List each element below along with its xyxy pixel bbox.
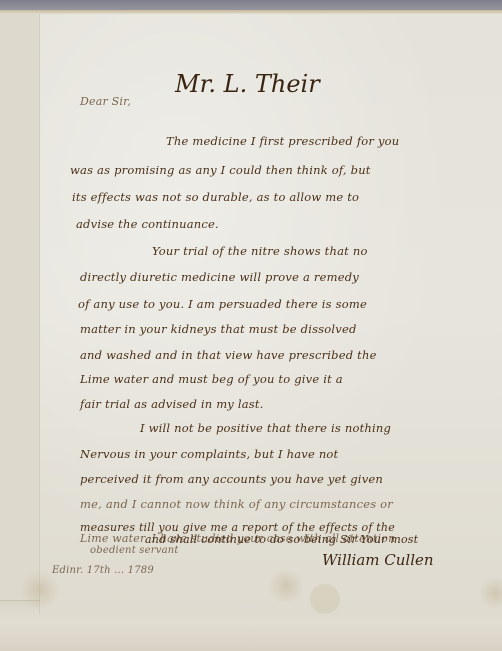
letter-line: perceived it from any accounts you have … [80,472,383,486]
letter-line: and shall continue to do so being Sir Yo… [145,533,418,546]
letter-line: fair trial as advised in my last. [80,397,264,411]
letter-line: Your trial of the nitre shows that no [152,244,368,258]
sheet-top-edge [0,10,502,14]
letter-heading: Mr. L. Their [175,70,320,98]
letter-line: matter in your kidneys that must be diss… [80,322,357,336]
closing-line: obedient servant [90,545,179,556]
dateline: Edinr. 17th ... 1789 [52,565,154,576]
letter-line: Nervous in your complaints, but I have n… [80,447,338,461]
salutation: Dear Sir, [80,95,131,108]
foxing-stain [480,575,502,611]
letter-line: I will not be positive that there is not… [140,421,391,435]
letter-line: its effects was not so durable, as to al… [72,190,359,204]
foxing-stain [268,568,304,604]
letter-line: of any use to you. I am persuaded there … [78,297,367,311]
letter-line: directly diuretic medicine will prove a … [80,270,359,284]
letter-line: was as promising as any I could then thi… [70,163,371,177]
letter-line: Lime water and must beg of you to give i… [80,372,343,386]
letter-line: and washed and in that view have prescri… [80,348,377,362]
foxing-stain [20,570,60,610]
signature: William Cullen [322,551,434,569]
letter-line: advise the continuance. [76,217,219,231]
letter-line: The medicine I first prescribed for you [166,134,399,148]
letter-line: me, and I cannot now think of any circum… [80,497,393,511]
